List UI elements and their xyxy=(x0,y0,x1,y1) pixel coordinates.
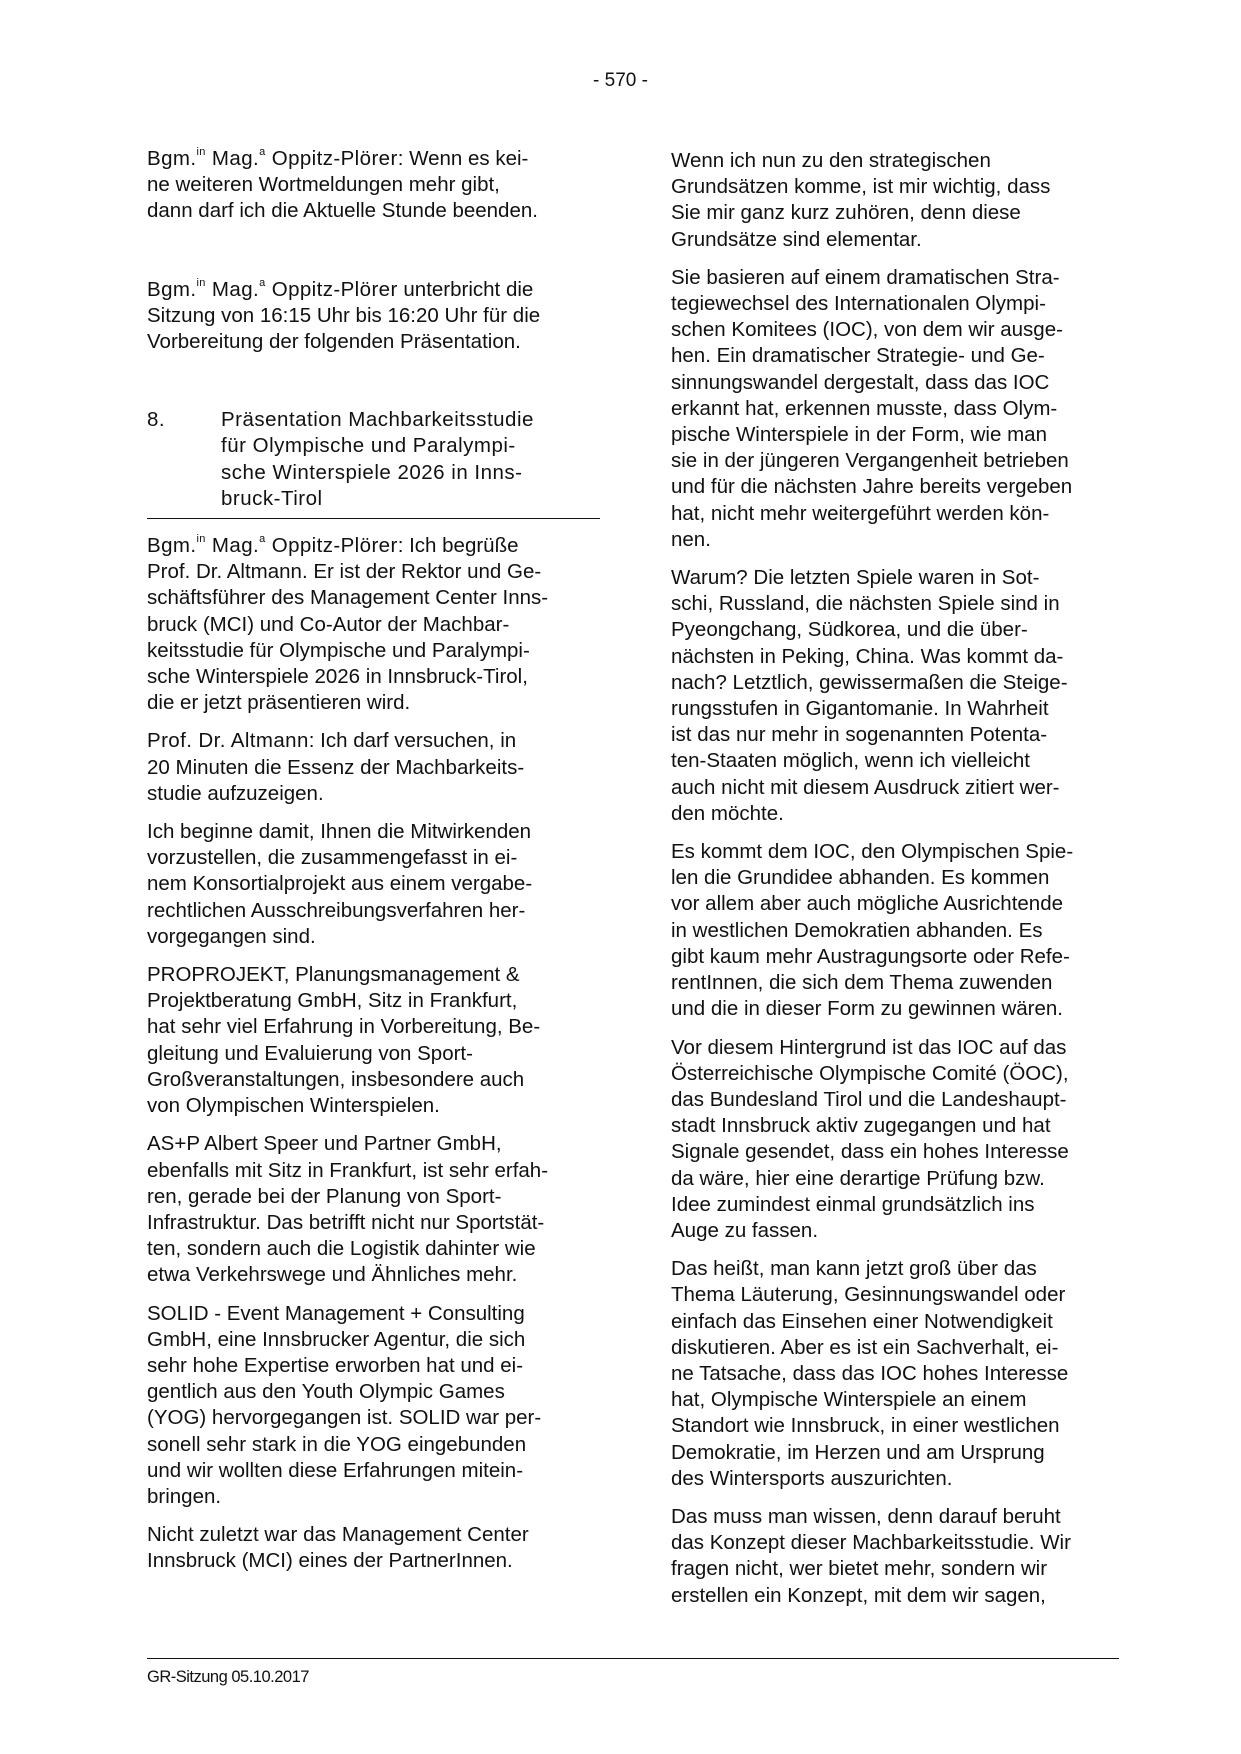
paragraph: Nicht zuletzt war das Management Center … xyxy=(147,1522,600,1574)
agenda-item-number: 8. xyxy=(147,407,221,512)
paragraph: PROPROJEKT, Planungsmanagement & Projekt… xyxy=(147,962,600,1119)
paragraph-welcome: Bgm.in Mag.a Oppitz-Plörer: Ich begrüße … xyxy=(147,533,600,716)
footer-session-date: GR-Sitzung 05.10.2017 xyxy=(147,1667,309,1687)
page-number: - 570 - xyxy=(0,70,1241,92)
speaker-label: Prof. Dr. Altmann xyxy=(147,729,309,752)
speaker-label: Bgm.in Mag.a Oppitz-Plörer xyxy=(147,147,398,170)
speaker-label: Bgm.in Mag.a Oppitz-Plörer xyxy=(147,534,398,557)
paragraph: Wenn ich nun zu den strategischen Grunds… xyxy=(671,148,1123,253)
paragraph-session-break: Bgm.in Mag.a Oppitz-Plörer unterbricht d… xyxy=(147,277,600,356)
paragraph: AS+P Albert Speer und Partner GmbH, eben… xyxy=(147,1131,600,1288)
paragraph: Es kommt dem IOC, den Olympischen Spie- … xyxy=(671,839,1123,1022)
paragraph: Das heißt, man kann jetzt groß über das … xyxy=(671,1256,1123,1492)
paragraph: Ich beginne damit, Ihnen die Mitwirkende… xyxy=(147,819,600,950)
agenda-item-title: Präsentation Machbarkeitsstudie für Olym… xyxy=(221,407,534,512)
speaker-label: Bgm.in Mag.a Oppitz-Plörer xyxy=(147,278,398,301)
paragraph-altmann-intro: Prof. Dr. Altmann: Ich darf versuchen, i… xyxy=(147,728,600,807)
left-column: Bgm.in Mag.a Oppitz-Plörer: Wenn es kei-… xyxy=(147,146,600,1587)
paragraph-closing-statement: Bgm.in Mag.a Oppitz-Plörer: Wenn es kei-… xyxy=(147,146,600,225)
paragraph: Sie basieren auf einem dramatischen Stra… xyxy=(671,265,1123,553)
footer-divider xyxy=(147,1658,1119,1659)
agenda-item-heading: 8. Präsentation Machbarkeitsstudie für O… xyxy=(147,407,600,519)
paragraph: Das muss man wissen, denn darauf beruht … xyxy=(671,1504,1123,1609)
paragraph: SOLID - Event Management + Consulting Gm… xyxy=(147,1301,600,1511)
right-column: Wenn ich nun zu den strategischen Grunds… xyxy=(671,148,1123,1621)
paragraph: Vor diesem Hintergrund ist das IOC auf d… xyxy=(671,1035,1123,1245)
paragraph: Warum? Die letzten Spiele waren in Sot- … xyxy=(671,565,1123,827)
